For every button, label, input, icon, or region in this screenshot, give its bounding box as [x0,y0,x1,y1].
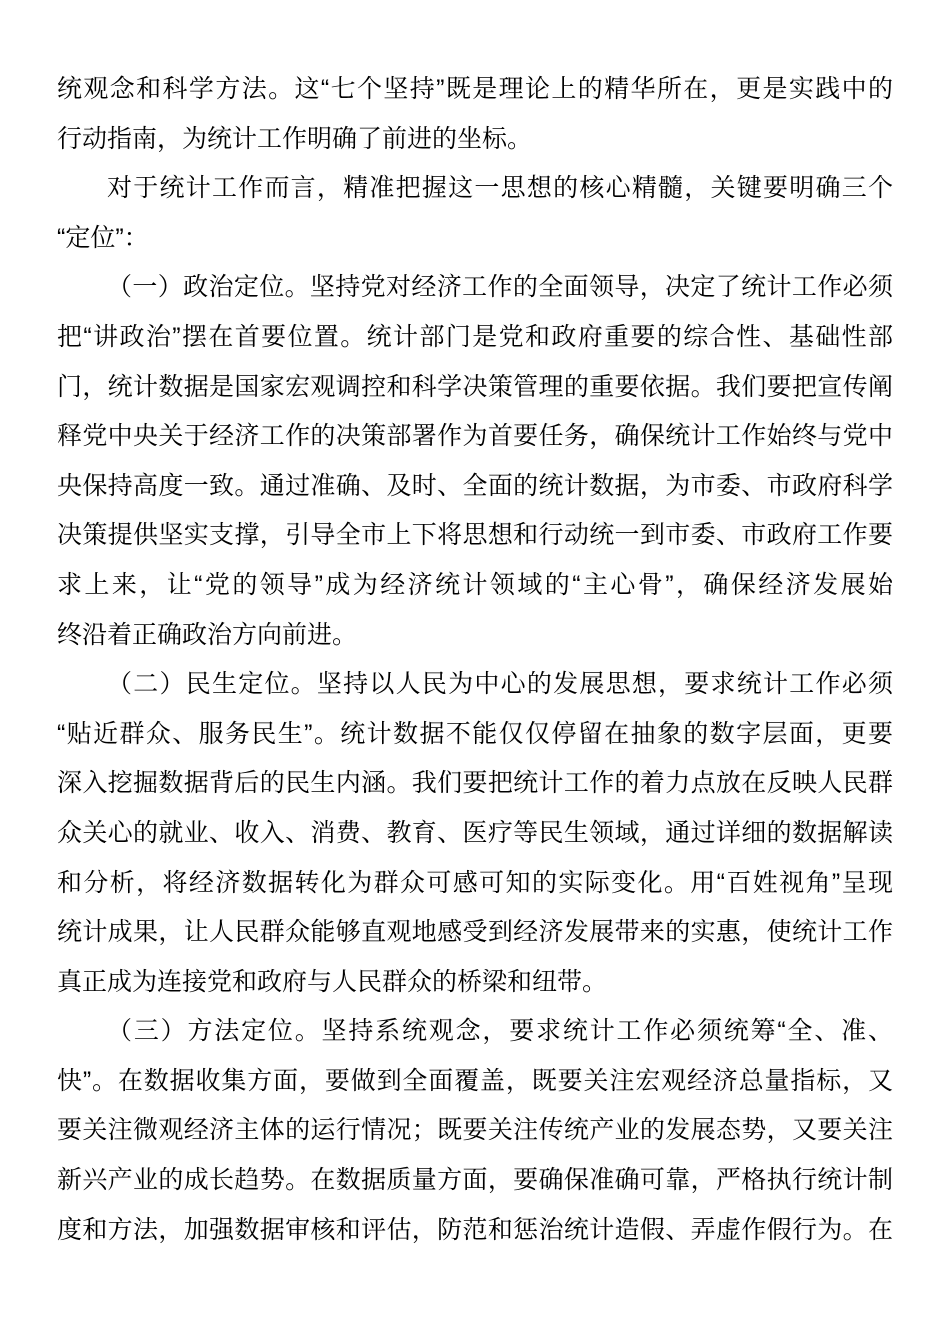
text-line: 新兴产业的成长趋势。在数据质量方面，要确保准确可靠，严格执行统计制 [57,1156,893,1206]
text-line: 统观念和科学方法。这“七个坚持”既是理论上的精华所在，更是实践中的 [57,65,893,115]
text-line: 行动指南，为统计工作明确了前进的坐标。 [57,115,893,165]
text-line: 决策提供坚实支撑，引导全市上下将思想和行动统一到市委、市政府工作要 [57,511,893,561]
document-body: 统观念和科学方法。这“七个坚持”既是理论上的精华所在，更是实践中的行动指南，为统… [57,65,893,1255]
text-line: 释党中央关于经济工作的决策部署作为首要任务，确保统计工作始终与党中 [57,412,893,462]
text-line: 统计成果，让人民群众能够直观地感受到经济发展带来的实惠，使统计工作 [57,908,893,958]
text-line: “贴近群众、服务民生”。统计数据不能仅仅停留在抽象的数字层面，更要 [57,710,893,760]
text-line: （二）民生定位。坚持以人民为中心的发展思想，要求统计工作必须 [57,660,893,710]
text-line: （一）政治定位。坚持党对经济工作的全面领导，决定了统计工作必须 [57,263,893,313]
text-line: 深入挖掘数据背后的民生内涵。我们要把统计工作的着力点放在反映人民群 [57,759,893,809]
text-line: 央保持高度一致。通过准确、及时、全面的统计数据，为市委、市政府科学 [57,462,893,512]
text-line: 众关心的就业、收入、消费、教育、医疗等民生领域，通过详细的数据解读 [57,809,893,859]
paragraph: （二）民生定位。坚持以人民为中心的发展思想，要求统计工作必须“贴近群众、服务民生… [57,660,893,1007]
text-line: “定位”： [57,214,893,264]
text-line: 和分析，将经济数据转化为群众可感可知的实际变化。用“百姓视角”呈现 [57,859,893,909]
text-line: （三）方法定位。坚持系统观念，要求统计工作必须统筹“全、准、 [57,1007,893,1057]
text-line: 把“讲政治”摆在首要位置。统计部门是党和政府重要的综合性、基础性部 [57,313,893,363]
text-line: 门，统计数据是国家宏观调控和科学决策管理的重要依据。我们要把宣传阐 [57,363,893,413]
text-line: 真正成为连接党和政府与人民群众的桥梁和纽带。 [57,958,893,1008]
paragraph: 对于统计工作而言，精准把握这一思想的核心精髓，关键要明确三个“定位”： [57,164,893,263]
text-line: 要关注微观经济主体的运行情况；既要关注传统产业的发展态势，又要关注 [57,1106,893,1156]
document-page: 统观念和科学方法。这“七个坚持”既是理论上的精华所在，更是实践中的行动指南，为统… [0,0,950,1344]
text-line: 快”。在数据收集方面，要做到全面覆盖，既要关注宏观经济总量指标，又 [57,1057,893,1107]
text-line: 度和方法，加强数据审核和评估，防范和惩治统计造假、弄虚作假行为。在 [57,1206,893,1256]
text-line: 终沿着正确政治方向前进。 [57,611,893,661]
paragraph: 统观念和科学方法。这“七个坚持”既是理论上的精华所在，更是实践中的行动指南，为统… [57,65,893,164]
paragraph: （一）政治定位。坚持党对经济工作的全面领导，决定了统计工作必须把“讲政治”摆在首… [57,263,893,660]
text-line: 求上来，让“党的领导”成为经济统计领域的“主心骨”，确保经济发展始 [57,561,893,611]
text-line: 对于统计工作而言，精准把握这一思想的核心精髓，关键要明确三个 [57,164,893,214]
paragraph: （三）方法定位。坚持系统观念，要求统计工作必须统筹“全、准、快”。在数据收集方面… [57,1007,893,1255]
